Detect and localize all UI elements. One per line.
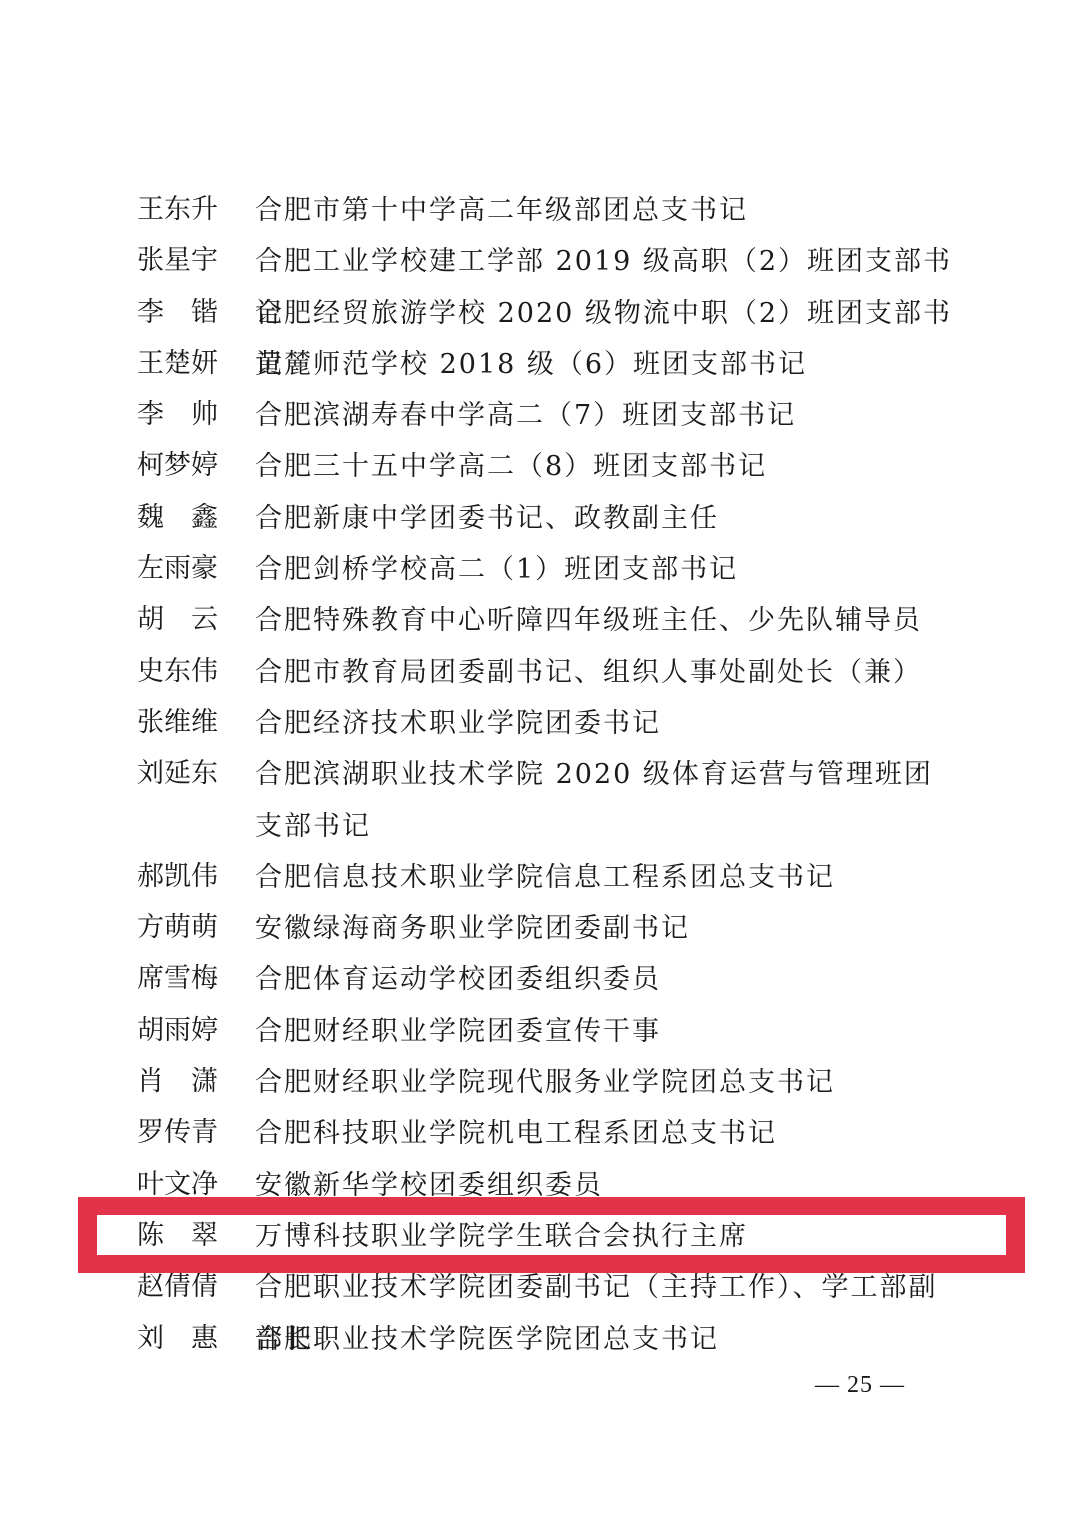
list-item: 魏 鑫 合肥新康中学团委书记、政教副主任: [137, 497, 957, 548]
person-name: 叶文净: [137, 1164, 255, 1206]
person-name: 柯梦婷: [137, 445, 255, 487]
person-position: 安徽绿海商务职业学院团委副书记: [255, 903, 957, 954]
person-position: 合肥信息技术职业学院信息工程系团总支书记: [255, 852, 957, 903]
person-position: 合肥特殊教育中心听障四年级班主任、少先队辅导员: [255, 595, 957, 646]
list-item: 郝凯伟 合肥信息技术职业学院信息工程系团总支书记: [137, 856, 957, 907]
honoree-list: 王东升 合肥市第十中学高二年级部团总支书记 张星宇 合肥工业学校建工学部 201…: [137, 189, 957, 1369]
person-name: 肖 潇: [137, 1061, 255, 1103]
list-item: 胡雨婷 合肥财经职业学院团委宣传干事: [137, 1010, 957, 1061]
person-position: 合肥三十五中学高二（8）班团支部书记: [255, 441, 957, 492]
person-name: 张星宇: [137, 240, 255, 282]
list-item: 罗传青 合肥科技职业学院机电工程系团总支书记: [137, 1112, 957, 1163]
list-item: 方萌萌 安徽绿海商务职业学院团委副书记: [137, 907, 957, 958]
person-name: 魏 鑫: [137, 497, 255, 539]
person-position: 合肥滨湖寿春中学高二（7）班团支部书记: [255, 390, 957, 441]
person-position: 合肥市第十中学高二年级部团总支书记: [255, 185, 957, 236]
person-name: 赵倩倩: [137, 1266, 255, 1308]
person-name: 张维维: [137, 702, 255, 744]
person-name: 刘延东: [137, 753, 255, 795]
list-item: 柯梦婷 合肥三十五中学高二（8）班团支部书记: [137, 445, 957, 496]
list-item: 张维维 合肥经济技术职业学院团委书记: [137, 702, 957, 753]
page-number: — 25 —: [815, 1372, 905, 1399]
list-item: 刘 惠 合肥职业技术学院医学院团总支书记: [137, 1318, 957, 1369]
person-name: 方萌萌: [137, 907, 255, 949]
list-item: 赵倩倩 合肥职业技术学院团委副书记（主持工作）、学工部副部长: [137, 1266, 957, 1317]
list-item: 李 锴 合肥经贸旅游学校 2020 级物流中职（2）班团支部书记: [137, 292, 957, 343]
person-name: 刘 惠: [137, 1318, 255, 1360]
person-position: 合肥滨湖职业技术学院 2020 级体育运营与管理班团支部书记: [255, 749, 957, 852]
person-name: 胡雨婷: [137, 1010, 255, 1052]
person-position: 合肥新康中学团委书记、政教副主任: [255, 493, 957, 544]
person-name: 席雪梅: [137, 958, 255, 1000]
list-item: 肖 潇 合肥财经职业学院现代服务业学院团总支书记: [137, 1061, 957, 1112]
person-name: 史东伟: [137, 651, 255, 693]
person-position: 合肥财经职业学院现代服务业学院团总支书记: [255, 1057, 957, 1108]
person-name: 胡 云: [137, 599, 255, 641]
person-name: 左雨豪: [137, 548, 255, 590]
person-position: 合肥剑桥学校高二（1）班团支部书记: [255, 544, 957, 595]
person-position: 合肥市教育局团委副书记、组织人事处副处长（兼）: [255, 647, 957, 698]
person-name: 王楚妍: [137, 343, 255, 385]
list-item: 胡 云 合肥特殊教育中心听障四年级班主任、少先队辅导员: [137, 599, 957, 650]
person-position: 合肥财经职业学院团委宣传干事: [255, 1006, 957, 1057]
list-item: 叶文净 安徽新华学校团委组织委员: [137, 1164, 957, 1215]
person-position: 安徽新华学校团委组织委员: [255, 1160, 957, 1211]
person-name: 郝凯伟: [137, 856, 255, 898]
person-name: 李 帅: [137, 394, 255, 436]
list-item: 史东伟 合肥市教育局团委副书记、组织人事处副处长（兼）: [137, 651, 957, 702]
list-item: 李 帅 合肥滨湖寿春中学高二（7）班团支部书记: [137, 394, 957, 445]
list-item-highlighted: 陈 翠 万博科技职业学院学生联合会执行主席: [137, 1215, 957, 1266]
person-position: 黄麓师范学校 2018 级（6）班团支部书记: [255, 339, 957, 390]
person-name: 罗传青: [137, 1112, 255, 1154]
person-name: 王东升: [137, 189, 255, 231]
list-item: 王东升 合肥市第十中学高二年级部团总支书记: [137, 189, 957, 240]
person-name: 李 锴: [137, 292, 255, 334]
list-item: 左雨豪 合肥剑桥学校高二（1）班团支部书记: [137, 548, 957, 599]
person-position: 合肥科技职业学院机电工程系团总支书记: [255, 1108, 957, 1159]
person-position: 合肥体育运动学校团委组织委员: [255, 954, 957, 1005]
list-item: 王楚妍 黄麓师范学校 2018 级（6）班团支部书记: [137, 343, 957, 394]
list-item: 张星宇 合肥工业学校建工学部 2019 级高职（2）班团支部书记: [137, 240, 957, 291]
person-name: 陈 翠: [137, 1215, 255, 1257]
list-item: 席雪梅 合肥体育运动学校团委组织委员: [137, 958, 957, 1009]
person-position: 万博科技职业学院学生联合会执行主席: [255, 1211, 957, 1262]
person-position: 合肥经济技术职业学院团委书记: [255, 698, 957, 749]
document-page: 王东升 合肥市第十中学高二年级部团总支书记 张星宇 合肥工业学校建工学部 201…: [0, 0, 1080, 1527]
list-item: 刘延东 合肥滨湖职业技术学院 2020 级体育运营与管理班团支部书记: [137, 753, 957, 856]
person-position: 合肥职业技术学院医学院团总支书记: [255, 1314, 957, 1365]
